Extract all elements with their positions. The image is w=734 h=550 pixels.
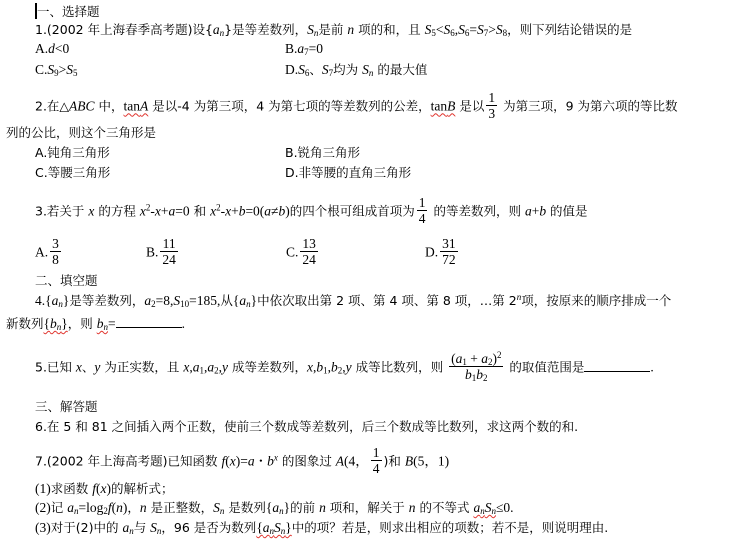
question-6-stem: 6.在 5 和 81 之间插入两个正数，使前三个数成等差数列，后三个数成等比数列… xyxy=(35,418,578,436)
question-3-option-a: A.38 xyxy=(35,238,63,269)
question-2-option-b: B.锐角三角形 xyxy=(285,144,360,162)
section-heading-choice: 一、选择题 xyxy=(37,3,100,21)
question-3-option-d: D.3172 xyxy=(425,238,460,269)
question-3-option-c: C.1324 xyxy=(286,238,320,269)
question-1-option-a: A.d<0 xyxy=(35,40,69,58)
question-2-option-c: C.等腰三角形 xyxy=(35,164,110,182)
question-4-stem: 4.{an}是等差数列，a2=8,S10=185,从{an}中依次取出第 2 项… xyxy=(35,292,671,310)
question-1-stem: 1.(2002 年上海春季高考题)设{an}是等差数列，Sn是前 n 项的和，且… xyxy=(35,21,632,39)
question-7-part-1: (1)求函数 f(x)的解析式； xyxy=(35,480,174,498)
question-4-stem-cont: 新数列{bn}，则 bn=. xyxy=(6,315,185,333)
question-7-part-3: (3)对于(2)中的 an与 Sn，96 是否为数列{anSn}中的项？若是，则… xyxy=(35,519,608,537)
fraction-one-fourth: 14 xyxy=(417,195,428,226)
question-1-option-b: B.a7=0 xyxy=(285,40,323,58)
fraction-one-third: 13 xyxy=(486,90,497,121)
question-2-option-a: A.钝角三角形 xyxy=(35,144,110,162)
fraction-expression: (a1 + a2)2b1b2 xyxy=(449,351,503,382)
question-3-option-b: B.1124 xyxy=(146,238,180,269)
question-2-stem: 2.在△ABC 中，tanA 是以-4 为第三项，4 为第七项的等差数列的公差，… xyxy=(35,92,678,123)
question-2-stem-cont: 列的公比，则这个三角形是 xyxy=(6,124,156,142)
answer-blank-q5[interactable] xyxy=(584,359,650,372)
question-3-stem: 3.若关于 x 的方程 x2-x+a=0 和 x2-x+b=0(a≠b)的四个根… xyxy=(35,197,588,228)
section-heading-answer: 三、解答题 xyxy=(35,398,98,416)
section-heading-fill: 二、填空题 xyxy=(35,272,98,290)
question-7-stem: 7.(2002 年上海高考题)已知函数 f(x)=a・bx 的图象过 A(4，1… xyxy=(35,447,449,478)
question-1-option-c: C.S9>S5 xyxy=(35,61,78,79)
question-7-part-2: (2)记 an=log2f(n)，n 是正整数，Sn 是数列{an}的前 n 项… xyxy=(35,499,514,517)
question-2-option-d: D.非等腰的直角三角形 xyxy=(285,164,411,182)
question-1-option-d: D.S6、S7均为 Sn 的最大值 xyxy=(285,61,427,79)
fraction-one-fourth-q7: 14 xyxy=(371,445,382,476)
answer-blank-q4[interactable] xyxy=(116,315,182,328)
question-5-stem: 5.已知 x、y 为正实数，且 x,a1,a2,y 成等差数列，x,b1,b2,… xyxy=(35,353,654,384)
